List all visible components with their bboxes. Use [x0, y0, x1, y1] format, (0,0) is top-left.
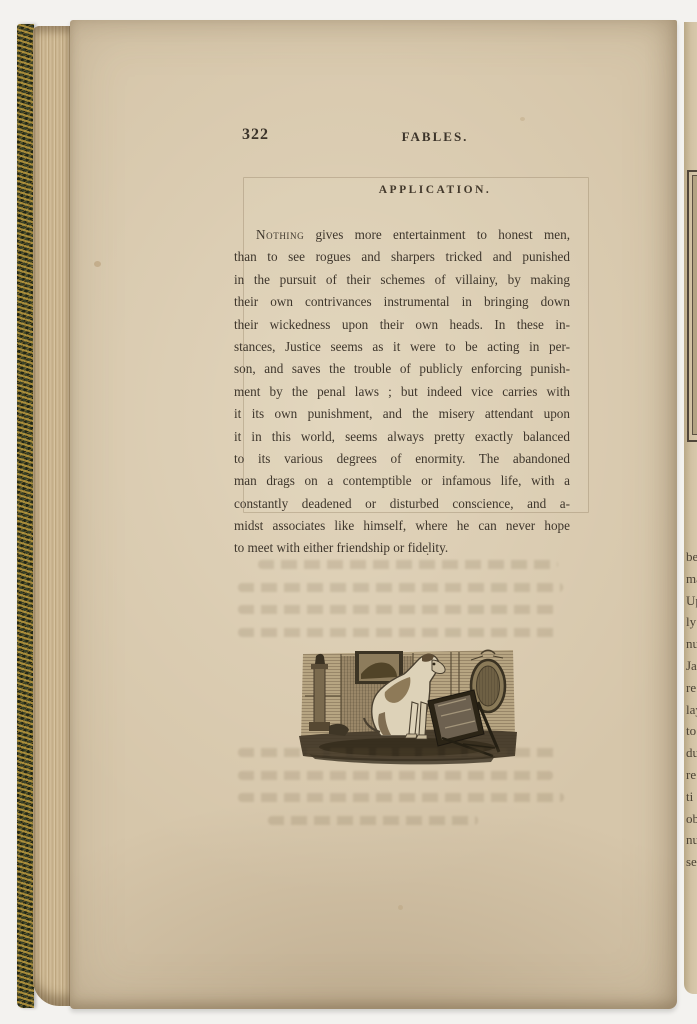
- paragraph-line: it its own punishment, and the misery at…: [234, 403, 570, 425]
- book-binding-marbled-edge: [17, 24, 34, 1008]
- page-number: 322: [242, 126, 269, 144]
- text-fragment: se: [686, 851, 697, 873]
- text-fragment: lay: [686, 699, 697, 721]
- book-photograph: 322 FABLES. APPLICATION. Nothing gives m…: [0, 0, 697, 1024]
- text-fragment: ma: [686, 568, 697, 590]
- paragraph-line: in the pursuit of their schemes of villa…: [234, 269, 570, 291]
- paragraph-line: Nothing gives more entertainment to hone…: [234, 224, 570, 246]
- text-fragment: re: [686, 764, 697, 786]
- paragraph-line: man drags on a contemptible or infamous …: [234, 470, 570, 492]
- text-fragment: be: [686, 546, 697, 568]
- paragraph-line: ment by the penal laws ; but indeed vice…: [234, 381, 570, 403]
- show-through-text-ghost: [238, 748, 568, 838]
- facing-page-text-fragments: be ma Up ly nu Ja re lay to du re ti ob …: [686, 546, 697, 873]
- paragraph-line: midst associates like himself, where he …: [234, 515, 570, 537]
- paragraph-line: stances, Justice seems as it were to be …: [234, 336, 570, 358]
- lead-word: Nothing: [256, 227, 304, 242]
- paragraph-line: to meet with either friendship or fideli…: [234, 537, 570, 559]
- show-through-text-ghost: [238, 560, 568, 650]
- text-fragment: nu: [686, 633, 697, 655]
- body-paragraph: Nothing gives more entertainment to hone…: [234, 224, 570, 560]
- text-fragment: re: [686, 677, 697, 699]
- section-end-dot: .: [426, 543, 429, 559]
- foxing-spot: [520, 117, 525, 121]
- text-fragment: to: [686, 720, 697, 742]
- paragraph-line: constantly deadened or disturbed conscie…: [234, 493, 570, 515]
- text-fragment: ob: [686, 808, 697, 830]
- running-head: FABLES.: [365, 129, 505, 145]
- paragraph-line: their own contrivances instrumental in b…: [234, 291, 570, 313]
- text-fragment: ti: [686, 786, 697, 808]
- text-fragment: Up: [686, 590, 697, 612]
- paragraph-line: than to see rogues and sharpers tricked …: [234, 246, 570, 268]
- paragraph-line: it in this world, seems always pretty ex…: [234, 426, 570, 448]
- text-fragment: nu: [686, 829, 697, 851]
- page-stack-edges: [33, 26, 72, 1006]
- foxing-spot: [398, 905, 403, 910]
- text-fragment: ly: [686, 611, 697, 633]
- paragraph-line: to its various degrees of enormity. The …: [234, 448, 570, 470]
- text-fragment: du: [686, 742, 697, 764]
- paragraph-line: son, and saves the trouble of publicly e…: [234, 358, 570, 380]
- paragraph-line-text: gives more entertainment to honest men,: [316, 227, 571, 242]
- facing-plate-frame-fragment: [687, 170, 697, 442]
- foxing-spot: [94, 261, 101, 267]
- paragraph-line: their wickedness upon their own heads. I…: [234, 314, 570, 336]
- section-heading: APPLICATION.: [350, 184, 520, 196]
- text-fragment: Ja: [686, 655, 697, 677]
